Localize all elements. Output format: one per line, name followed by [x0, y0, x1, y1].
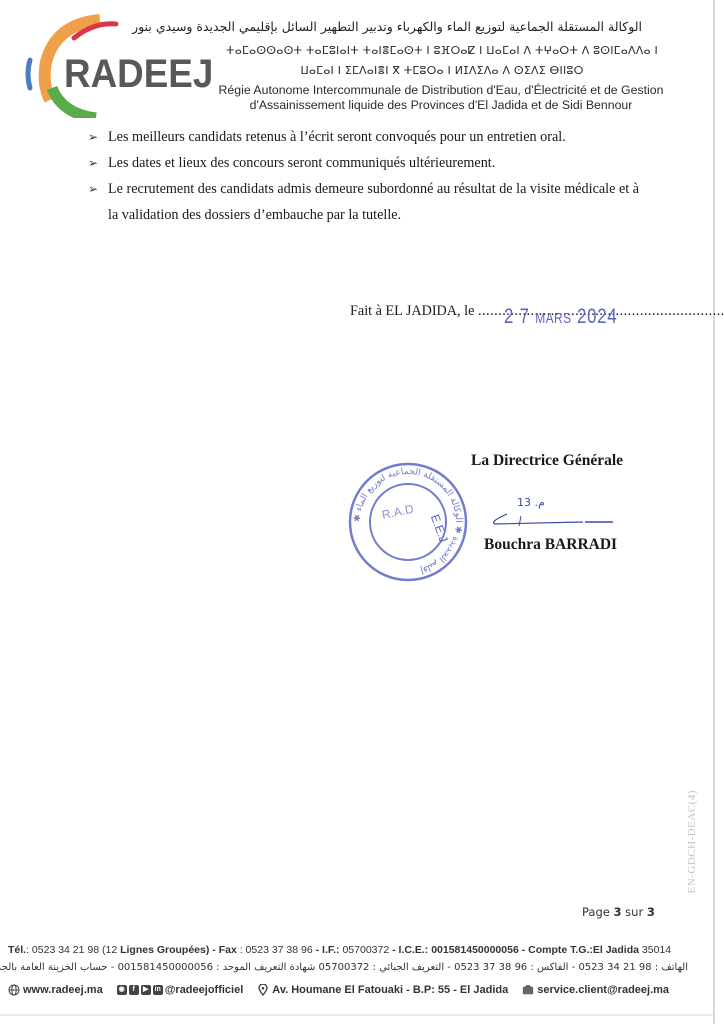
footer-links-line: www.radeej.ma ◉ f ▶ in @radeejofficiel A… [8, 984, 708, 996]
location-pin-icon [257, 984, 269, 996]
logo-text: RADEEJ [64, 52, 213, 97]
email-link[interactable]: service.client@radeej.ma [522, 984, 669, 996]
page-current: 3 [614, 905, 622, 919]
facebook-icon[interactable]: f [129, 985, 139, 995]
header-french-line1: Régie Autonome Intercommunale de Distrib… [208, 83, 674, 97]
date-stamp-month: MARS [535, 310, 571, 327]
globe-icon [8, 984, 20, 996]
stamp-seal-icon: ✱ إقليم الجديدة ✱ الوكالة المستقلة الجما… [340, 450, 480, 590]
youtube-icon[interactable]: ▶ [141, 985, 151, 995]
website-link[interactable]: www.radeej.ma [8, 984, 103, 996]
date-stamp-year: 2024 [577, 305, 618, 328]
footer-contact-line: Tél.: 0523 34 21 98 (12 Lignes Groupées)… [8, 944, 708, 956]
footer-bottom-divider [0, 1014, 713, 1016]
address: Av. Houmane El Fatouaki - B.P: 55 - El J… [257, 984, 508, 996]
scan-edge-line [713, 0, 715, 1024]
date-stamp-day: 2 7 [504, 305, 530, 328]
bullet-text: Le recrutement des candidats admis demeu… [108, 181, 639, 197]
handwritten-signature: 13 .م [485, 492, 615, 532]
linkedin-icon[interactable]: in [153, 985, 163, 995]
bullet-item: ➢ Le recrutement des candidats admis dem… [88, 176, 688, 228]
page-total: 3 [647, 905, 655, 919]
arrowhead-icon: ➢ [88, 124, 98, 150]
header-arabic-name: الوكالة المستقلة الجماعية لتوزيع الماء و… [202, 19, 642, 34]
bullet-text: Les dates et lieux des concours seront c… [108, 155, 495, 171]
header-tifinagh-line1: ⵜⴰⵎⴰⵙⵙⴰⵙⵜ ⵜⴰⵎⵓⵏⴰⵏⵜ ⵜⴰⵏⴻⵎⴰⵙⵜ ⵏ ⵓⴼⵔⴰⵇ ⵏ ⵡⴰ… [222, 44, 662, 57]
page-number: Page 3 sur 3 [582, 905, 655, 919]
bullet-item: ➢ Les dates et lieux des concours seront… [88, 150, 688, 176]
official-stamp: ✱ إقليم الجديدة ✱ الوكالة المستقلة الجما… [340, 450, 480, 590]
bullet-item: ➢ Les meilleurs candidats retenus à l’éc… [88, 124, 688, 150]
social-links[interactable]: ◉ f ▶ in @radeejofficiel [117, 984, 244, 996]
arrowhead-icon: ➢ [88, 150, 98, 176]
instagram-icon[interactable]: ◉ [117, 985, 127, 995]
bullet-text: Les meilleurs candidats retenus à l’écri… [108, 129, 566, 145]
signatory-name: Bouchra BARRADI [484, 536, 617, 554]
fait-label: Fait à EL JADIDA, le [350, 303, 474, 319]
bullet-text-continuation: la validation des dossiers d’embauche pa… [108, 202, 688, 228]
signatory-title: La Directrice Générale [471, 452, 623, 470]
arrowhead-icon: ➢ [88, 176, 98, 202]
svg-text:R.A.D: R.A.D [381, 502, 416, 522]
envelope-icon [522, 984, 534, 996]
header-french-line2: d'Assainissement liquide des Provinces d… [208, 98, 674, 112]
date-stamp: 2 7 MARS 2024 [504, 305, 618, 329]
svg-text:13 .م: 13 .م [517, 496, 545, 509]
header-tifinagh-line2: ⵡⴰⵎⴰⵏ ⵏ ⵉⵎⴷⴰⵏⴻⵏ ⴳ ⵜⵎⵓⵔⴰ ⵏ ⵍⵊⴷⵉⴷⴰ ⴷ ⵙⵉⴷⵉ … [222, 64, 662, 77]
footer-arabic-line: الهاتف : 98 21 34 0523 - الفاكس : 96 38 … [8, 962, 688, 973]
side-reference-code: EN-GDCH-DEAC(4) [686, 790, 698, 893]
svg-text:E.E.J: E.E.J [428, 512, 451, 544]
bullet-list: ➢ Les meilleurs candidats retenus à l’éc… [88, 124, 688, 228]
